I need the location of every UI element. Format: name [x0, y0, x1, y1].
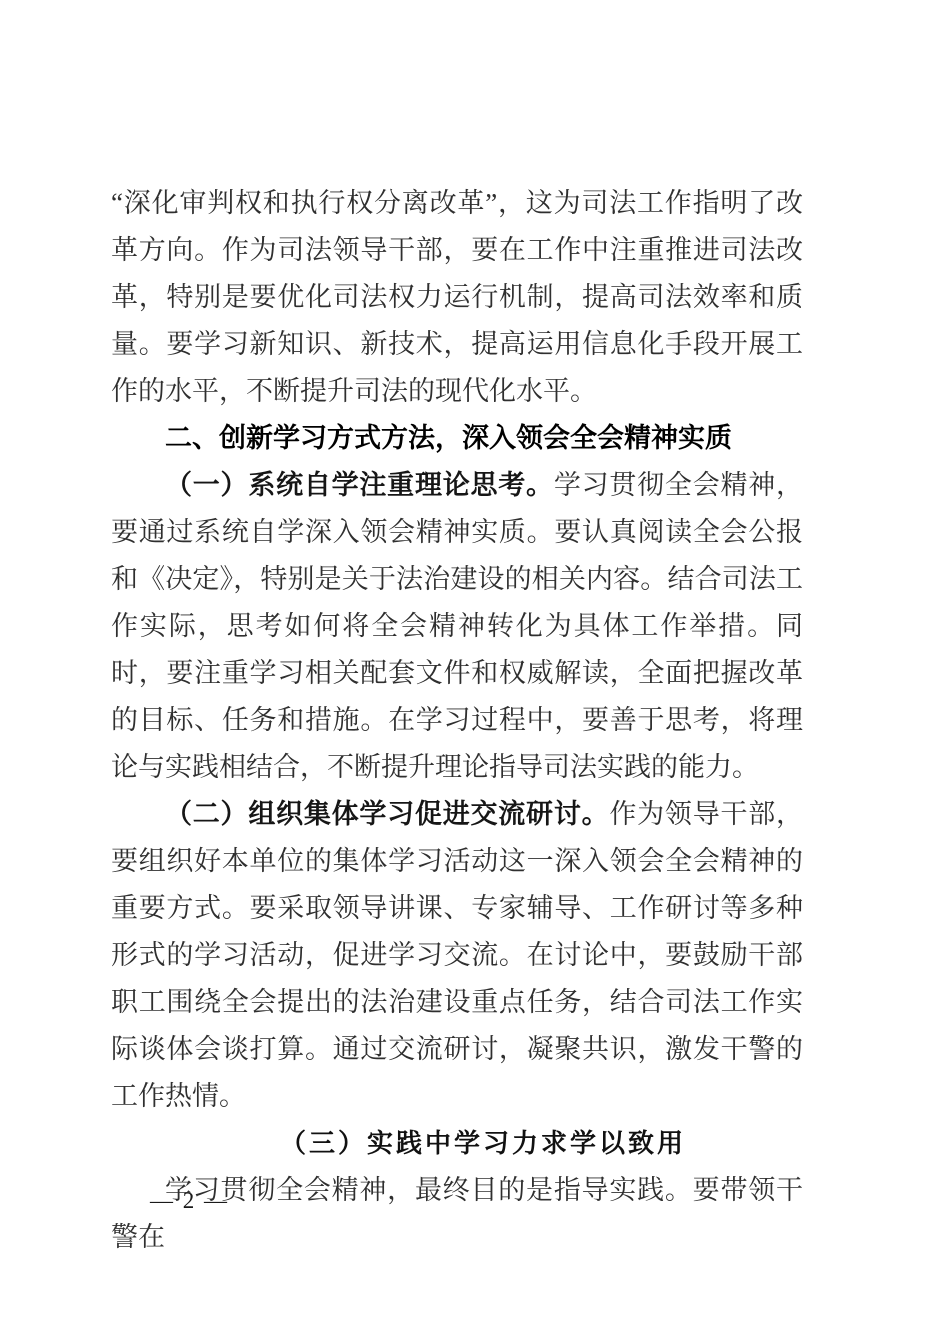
subsection-2-paragraph: （二）组织集体学习促进交流研讨。作为领导干部，要组织好本单位的集体学习活动这一深… [111, 791, 803, 1120]
section-2-heading: 二、创新学习方式方法，深入领会全会精神实质 [111, 415, 803, 462]
page-content: “深化审判权和执行权分离改革”，这为司法工作指明了改革方向。作为司法领导干部，要… [111, 180, 803, 1261]
subsection-3-heading: （三）实践中学习力求学以致用 [111, 1120, 803, 1167]
subsection-1-paragraph: （一）系统自学注重理论思考。学习贯彻全会精神，要通过系统自学深入领会精神实质。要… [111, 462, 803, 791]
subsection-2-lead: （二）组织集体学习促进交流研讨。 [165, 799, 609, 829]
paragraph-continuation: “深化审判权和执行权分离改革”，这为司法工作指明了改革方向。作为司法领导干部，要… [111, 180, 803, 415]
closing-paragraph: 学习贯彻全会精神，最终目的是指导实践。要带领干警在 [111, 1167, 803, 1261]
subsection-2-text: 作为领导干部，要组织好本单位的集体学习活动这一深入领会全会精神的重要方式。要采取… [111, 799, 803, 1111]
document-page: “深化审判权和执行权分离改革”，这为司法工作指明了改革方向。作为司法领导干部，要… [0, 0, 950, 1344]
subsection-1-text: 学习贯彻全会精神，要通过系统自学深入领会精神实质。要认真阅读全会公报和《决定》，… [111, 470, 803, 782]
subsection-1-lead: （一）系统自学注重理论思考。 [165, 470, 554, 500]
page-number-footer: — 2 — [150, 1188, 229, 1214]
